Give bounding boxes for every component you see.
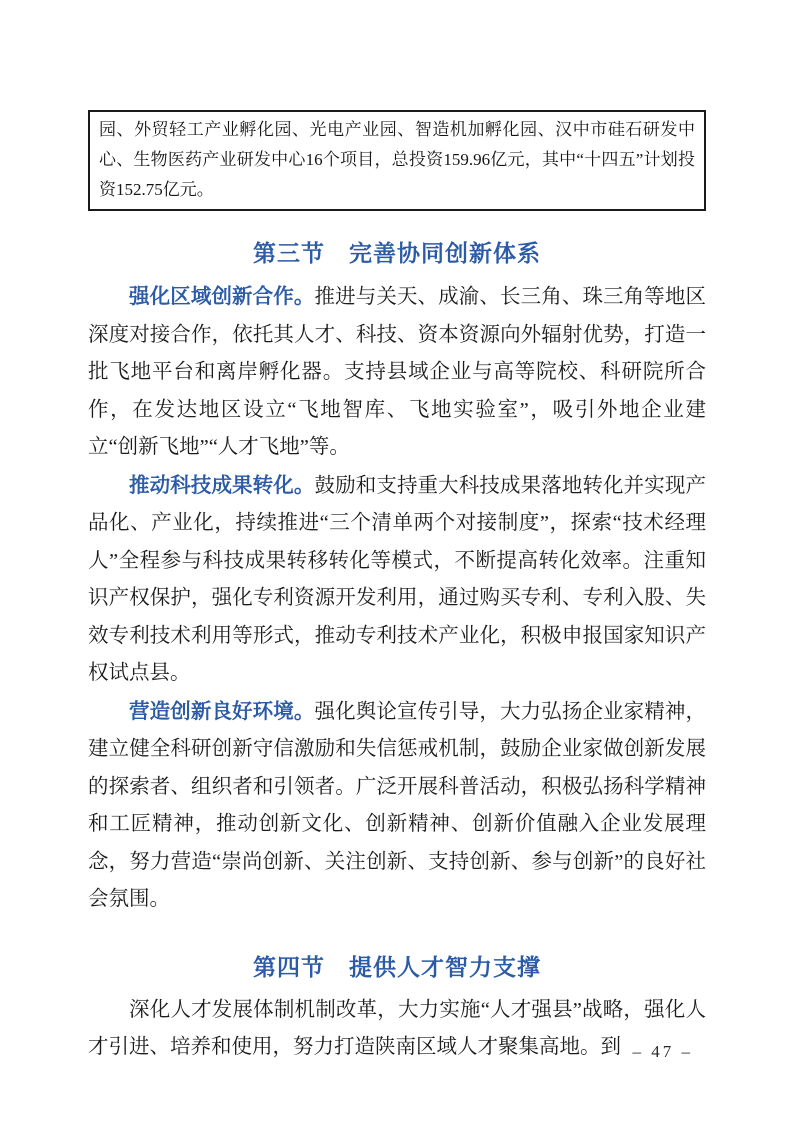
carryover-text: 园、外贸轻工产业孵化园、光电产业园、智造机加孵化园、汉中市硅石研发中心、生物医药… (99, 120, 695, 199)
paragraph-innovation-environment: 营造创新良好环境。强化舆论宣传引导，大力弘扬企业家精神，建立健全科研创新守信激励… (88, 693, 706, 919)
paragraph-regional-innovation: 强化区域创新合作。推进与关天、成渝、长三角、珠三角等地区深度对接合作，依托其人才… (88, 278, 706, 467)
paragraph-lead: 营造创新良好环境。 (129, 700, 315, 723)
paragraph-tech-transfer: 推动科技成果转化。鼓励和支持重大科技成果落地转化并实现产品化、产业化，持续推进“… (88, 467, 706, 693)
section-3-heading: 第三节 完善协同创新体系 (88, 235, 706, 268)
paragraph-body: 强化舆论宣传引导，大力弘扬企业家精神，建立健全科研创新守信激励和失信惩戒机制，鼓… (88, 701, 706, 911)
page-number: – 47 – (633, 1042, 694, 1062)
document-page: 园、外贸轻工产业孵化园、光电产业园、智造机加孵化园、汉中市硅石研发中心、生物医药… (0, 0, 793, 1122)
section-4-heading: 第四节 提供人才智力支撑 (88, 949, 706, 982)
paragraph-body: 鼓励和支持重大科技成果落地转化并实现产品化、产业化，持续推进“三个清单两个对接制… (88, 475, 706, 685)
paragraph-lead: 强化区域创新合作。 (129, 285, 315, 308)
paragraph-body: 深化人才发展体制机制改革，大力实施“人才强县”战略，强化人才引进、培养和使用，努… (88, 999, 706, 1059)
paragraph-talent-support: 深化人才发展体制机制改革，大力实施“人才强县”战略，强化人才引进、培养和使用，努… (88, 992, 706, 1067)
paragraph-body: 推进与关天、成渝、长三角、珠三角等地区深度对接合作，依托其人才、科技、资本资源向… (88, 286, 706, 458)
page-content: 园、外贸轻工产业孵化园、光电产业园、智造机加孵化园、汉中市硅石研发中心、生物医药… (88, 110, 706, 1067)
paragraph-lead: 推动科技成果转化。 (129, 474, 315, 497)
carryover-text-box: 园、外贸轻工产业孵化园、光电产业园、智造机加孵化园、汉中市硅石研发中心、生物医药… (88, 110, 706, 211)
